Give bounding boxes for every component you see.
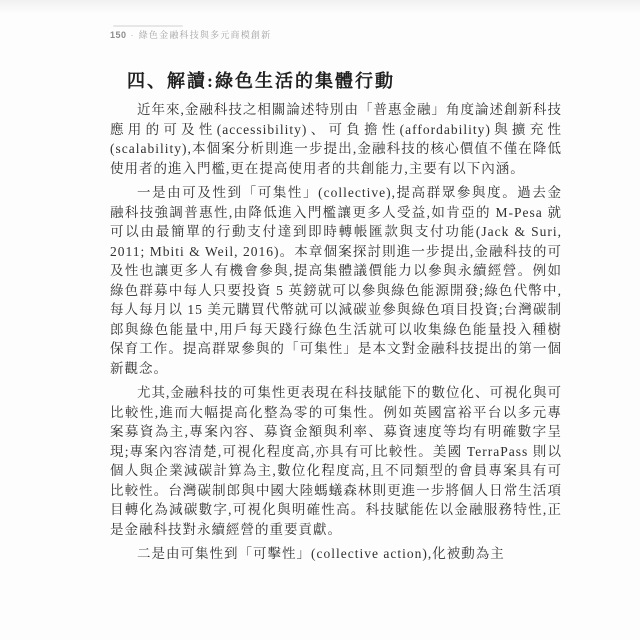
section-title: 四、解讀:綠色生活的集體行動 (127, 67, 395, 93)
paragraph-digitalization: 尤其,金融科技的可集性更表現在科技賦能下的數位化、可視化與可比較性,進而大幅提高… (110, 383, 562, 539)
book-page: 150·綠色金融科技與多元商模創新 四、解讀:綠色生活的集體行動 近年來,金融科… (0, 0, 640, 640)
paragraph-intro: 近年來,金融科技之相關論述特別由「普惠金融」角度論述創新科技應用的可及性(acc… (110, 100, 562, 178)
header-separator: · (131, 30, 135, 40)
body-text: 近年來,金融科技之相關論述特別由「普惠金融」角度論述創新科技應用的可及性(acc… (110, 100, 562, 569)
running-head-rule (113, 25, 183, 27)
paragraph-collective-action: 二是由可集性到「可擊性」(collective action),化被動為主 (110, 544, 562, 564)
page-top-edge-shading (0, 0, 640, 14)
page-number: 150 (110, 30, 127, 40)
book-title: 綠色金融科技與多元商模創新 (139, 30, 272, 40)
running-head: 150·綠色金融科技與多元商模創新 (110, 30, 271, 41)
paragraph-collective: 一是由可及性到「可集性」(collective),提高群眾參與度。過去金融科技強… (110, 183, 562, 378)
